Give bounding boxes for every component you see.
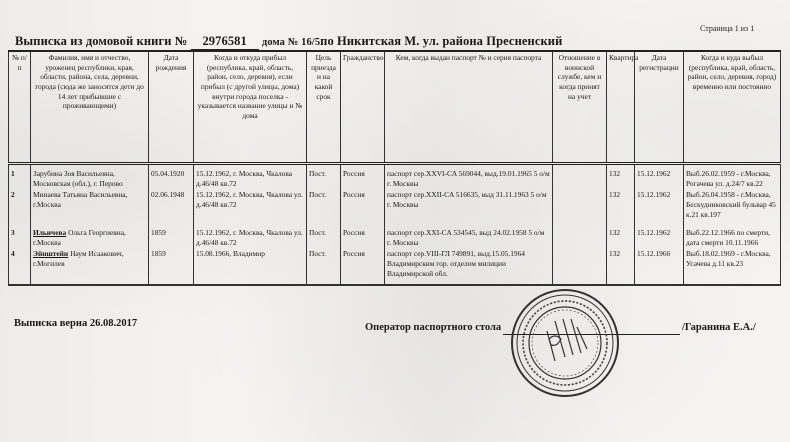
person-origin: г.Москва (33, 238, 61, 247)
person-origin: Московская (обл.), г. Перово (33, 179, 123, 188)
row-name: Эйнштейн Наум Исаакович,г.Могилев (31, 248, 149, 285)
street-label: по Никитская М. ул. района Пресненский (320, 34, 562, 48)
row-apartment: 132 (607, 189, 635, 220)
row-name: Минаева Татьяна Васильевна,г.Москва (31, 189, 149, 220)
person-origin: г.Могилев (33, 259, 65, 268)
row-citizenship: Россия (341, 164, 385, 190)
row-arrived: 15.12.1962, г. Москва, Чкалова д.46/48 к… (194, 164, 307, 190)
table-row: 1 Зарубина Зоя Васильевна,Московская (об… (9, 164, 781, 190)
house-label: дома № 16/5 (262, 37, 320, 48)
table-row: 2 Минаева Татьяна Васильевна,г.Москва 02… (9, 189, 781, 220)
row-reg-date: 15.12.1962 (635, 220, 684, 248)
row-num: 2 (9, 189, 31, 220)
row-birth: 1859 (149, 248, 194, 285)
row-reg-date: 15.12.1962 (635, 164, 684, 190)
signer-name: /Гаранина Е.А./ (682, 322, 756, 333)
row-birth: 05.04.1920 (149, 164, 194, 190)
col-header-reg-date: Дата регистрации (635, 51, 684, 164)
row-purpose: Пост. (307, 220, 341, 248)
title-prefix: Выписка из домовой книги № (15, 34, 187, 48)
col-header-military: Отношение в воинской службе, кем и когда… (553, 51, 607, 164)
row-military (553, 220, 607, 248)
row-departed: Выб.22.12.1966 по смерти, дата смерти 10… (684, 220, 781, 248)
row-passport: паспорт сер.XXVI-CA 569044, выд.19.01.19… (385, 164, 553, 190)
table-row: 3 Ильичева Ольга Георгиевна,г.Москва 185… (9, 220, 781, 248)
person-surname-underlined: Ильичева (33, 228, 66, 237)
row-apartment: 132 (607, 248, 635, 285)
row-name: Зарубина Зоя Васильевна,Московская (обл.… (31, 164, 149, 190)
person-name: Наум Исаакович, (70, 249, 124, 258)
row-birth: 02.06.1948 (149, 189, 194, 220)
row-num: 4 (9, 248, 31, 285)
register-table: № п/п Фамилия, имя и отчество, уроженец … (8, 50, 781, 286)
row-arrived: 15.12.1962, г. Москва, Чкалова ул. д.46/… (194, 220, 307, 248)
person-name: Минаева Татьяна Васильевна, (33, 190, 127, 199)
row-military (553, 164, 607, 190)
col-header-num: № п/п (9, 51, 31, 164)
col-header-apartment: Квартира (607, 51, 635, 164)
book-number: 2976581 (191, 34, 259, 50)
row-citizenship: Россия (341, 189, 385, 220)
row-apartment: 132 (607, 164, 635, 190)
row-citizenship: Россия (341, 248, 385, 285)
row-passport: паспорт сер.XXI-CA 534545, выд 24.02.195… (385, 220, 553, 248)
row-purpose: Пост. (307, 189, 341, 220)
col-header-departed: Когда и куда выбыл (республика, край, об… (684, 51, 781, 164)
scanned-document: Страница 1 из 1 Выписка из домовой книги… (0, 0, 790, 442)
document-title: Выписка из домовой книги № 2976581 дома … (15, 34, 562, 50)
table-row: 4 Эйнштейн Наум Исаакович,г.Могилев 1859… (9, 248, 781, 285)
col-header-citizenship: Гражданство (341, 51, 385, 164)
row-arrived: 15.12.1962, г. Москва, Чкалова ул. д.46/… (194, 189, 307, 220)
official-seal-icon (509, 287, 621, 399)
row-departed: Выб.26.02.1959 - г.Москва, Рогачева ул. … (684, 164, 781, 190)
col-header-purpose: Цель приезда и на какой срок (307, 51, 341, 164)
person-name: Ольга Георгиевна, (68, 228, 126, 237)
person-name: Зарубина Зоя Васильевна, (33, 169, 115, 178)
row-arrived: 15.08.1966, Владимир (194, 248, 307, 285)
row-purpose: Пост. (307, 248, 341, 285)
col-header-arrived: Когда и откуда прибыл (республика, край,… (194, 51, 307, 164)
row-departed: Выб.26.04.1958 - г.Москва, Бескудниковск… (684, 189, 781, 220)
row-purpose: Пост. (307, 164, 341, 190)
row-passport: паспорт сер.VIII-ГЛ 749891, выд.15.05.19… (385, 248, 553, 285)
row-reg-date: 15.12.1962 (635, 189, 684, 220)
row-citizenship: Россия (341, 220, 385, 248)
col-header-passport: Кем, когда выдан паспорт № и серия паспо… (385, 51, 553, 164)
row-passport: паспорт сер.XXII-CA 516635, выд 31.11.19… (385, 189, 553, 220)
row-num: 1 (9, 164, 31, 190)
person-surname-underlined: Эйнштейн (33, 249, 68, 258)
col-header-birth: Дата рождения (149, 51, 194, 164)
person-origin: г.Москва (33, 200, 61, 209)
row-military (553, 248, 607, 285)
operator-label: Оператор паспортного стола (365, 322, 501, 333)
table-header-row: № п/п Фамилия, имя и отчество, уроженец … (9, 51, 781, 164)
row-departed: Выб.18.02.1969 - г.Москва, Усачева д.11 … (684, 248, 781, 285)
row-birth: 1859 (149, 220, 194, 248)
col-header-name: Фамилия, имя и отчество, уроженец респуб… (31, 51, 149, 164)
page-indicator: Страница 1 из 1 (700, 24, 754, 33)
row-name: Ильичева Ольга Георгиевна,г.Москва (31, 220, 149, 248)
row-num: 3 (9, 220, 31, 248)
verification-note: Выписка верна 26.08.2017 (14, 318, 137, 329)
row-military (553, 189, 607, 220)
row-apartment: 132 (607, 220, 635, 248)
row-reg-date: 15.12.1966 (635, 248, 684, 285)
